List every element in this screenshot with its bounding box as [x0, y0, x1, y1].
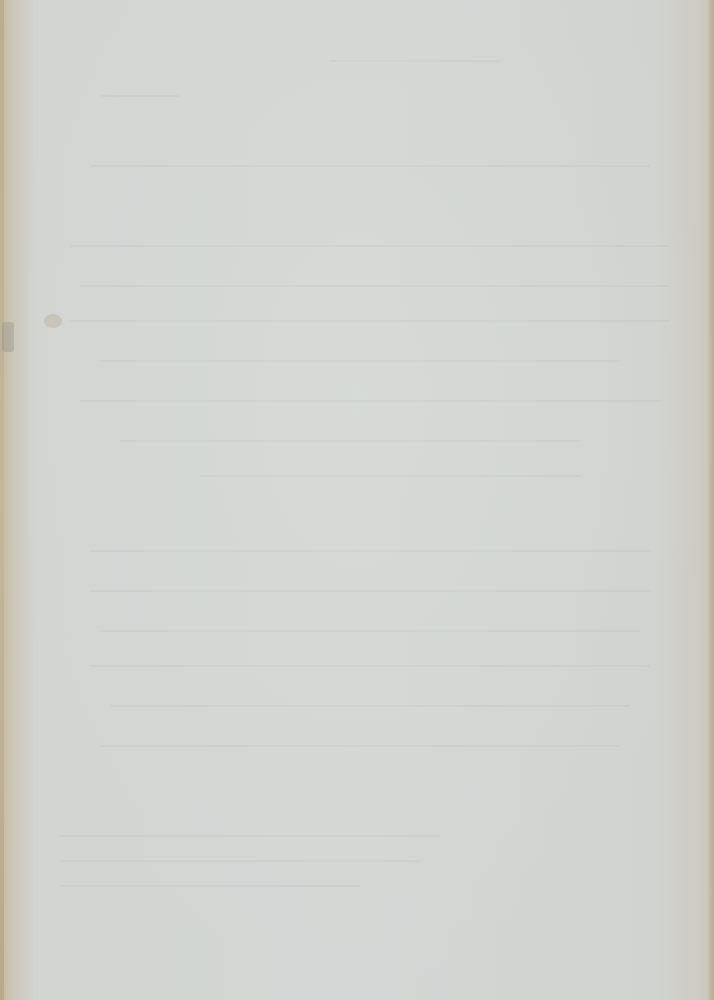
- bleed-stroke: [80, 400, 660, 402]
- bleed-stroke: [60, 885, 360, 887]
- bleed-stroke: [70, 320, 670, 322]
- bleed-stroke: [200, 475, 580, 477]
- bleed-stroke: [80, 285, 670, 287]
- bleed-stroke: [60, 860, 420, 862]
- bleed-stroke: [330, 60, 500, 62]
- blank-document-page: [0, 0, 714, 1000]
- bleed-stroke: [90, 590, 650, 592]
- page-right-edge: [708, 0, 714, 1000]
- bleed-stroke: [100, 360, 620, 362]
- bleed-stroke: [110, 705, 630, 707]
- bleed-stroke: [60, 835, 440, 837]
- paper-stain: [44, 314, 62, 328]
- bleed-stroke: [120, 440, 580, 442]
- bleed-stroke: [90, 165, 650, 167]
- bleed-stroke: [90, 665, 650, 667]
- margin-mark: [2, 322, 14, 352]
- bleed-stroke: [100, 745, 620, 747]
- bleed-stroke: [100, 95, 180, 97]
- spine-shadow: [4, 0, 34, 1000]
- bleed-stroke: [90, 550, 650, 552]
- bleed-stroke: [70, 245, 670, 247]
- bleed-stroke: [100, 630, 640, 632]
